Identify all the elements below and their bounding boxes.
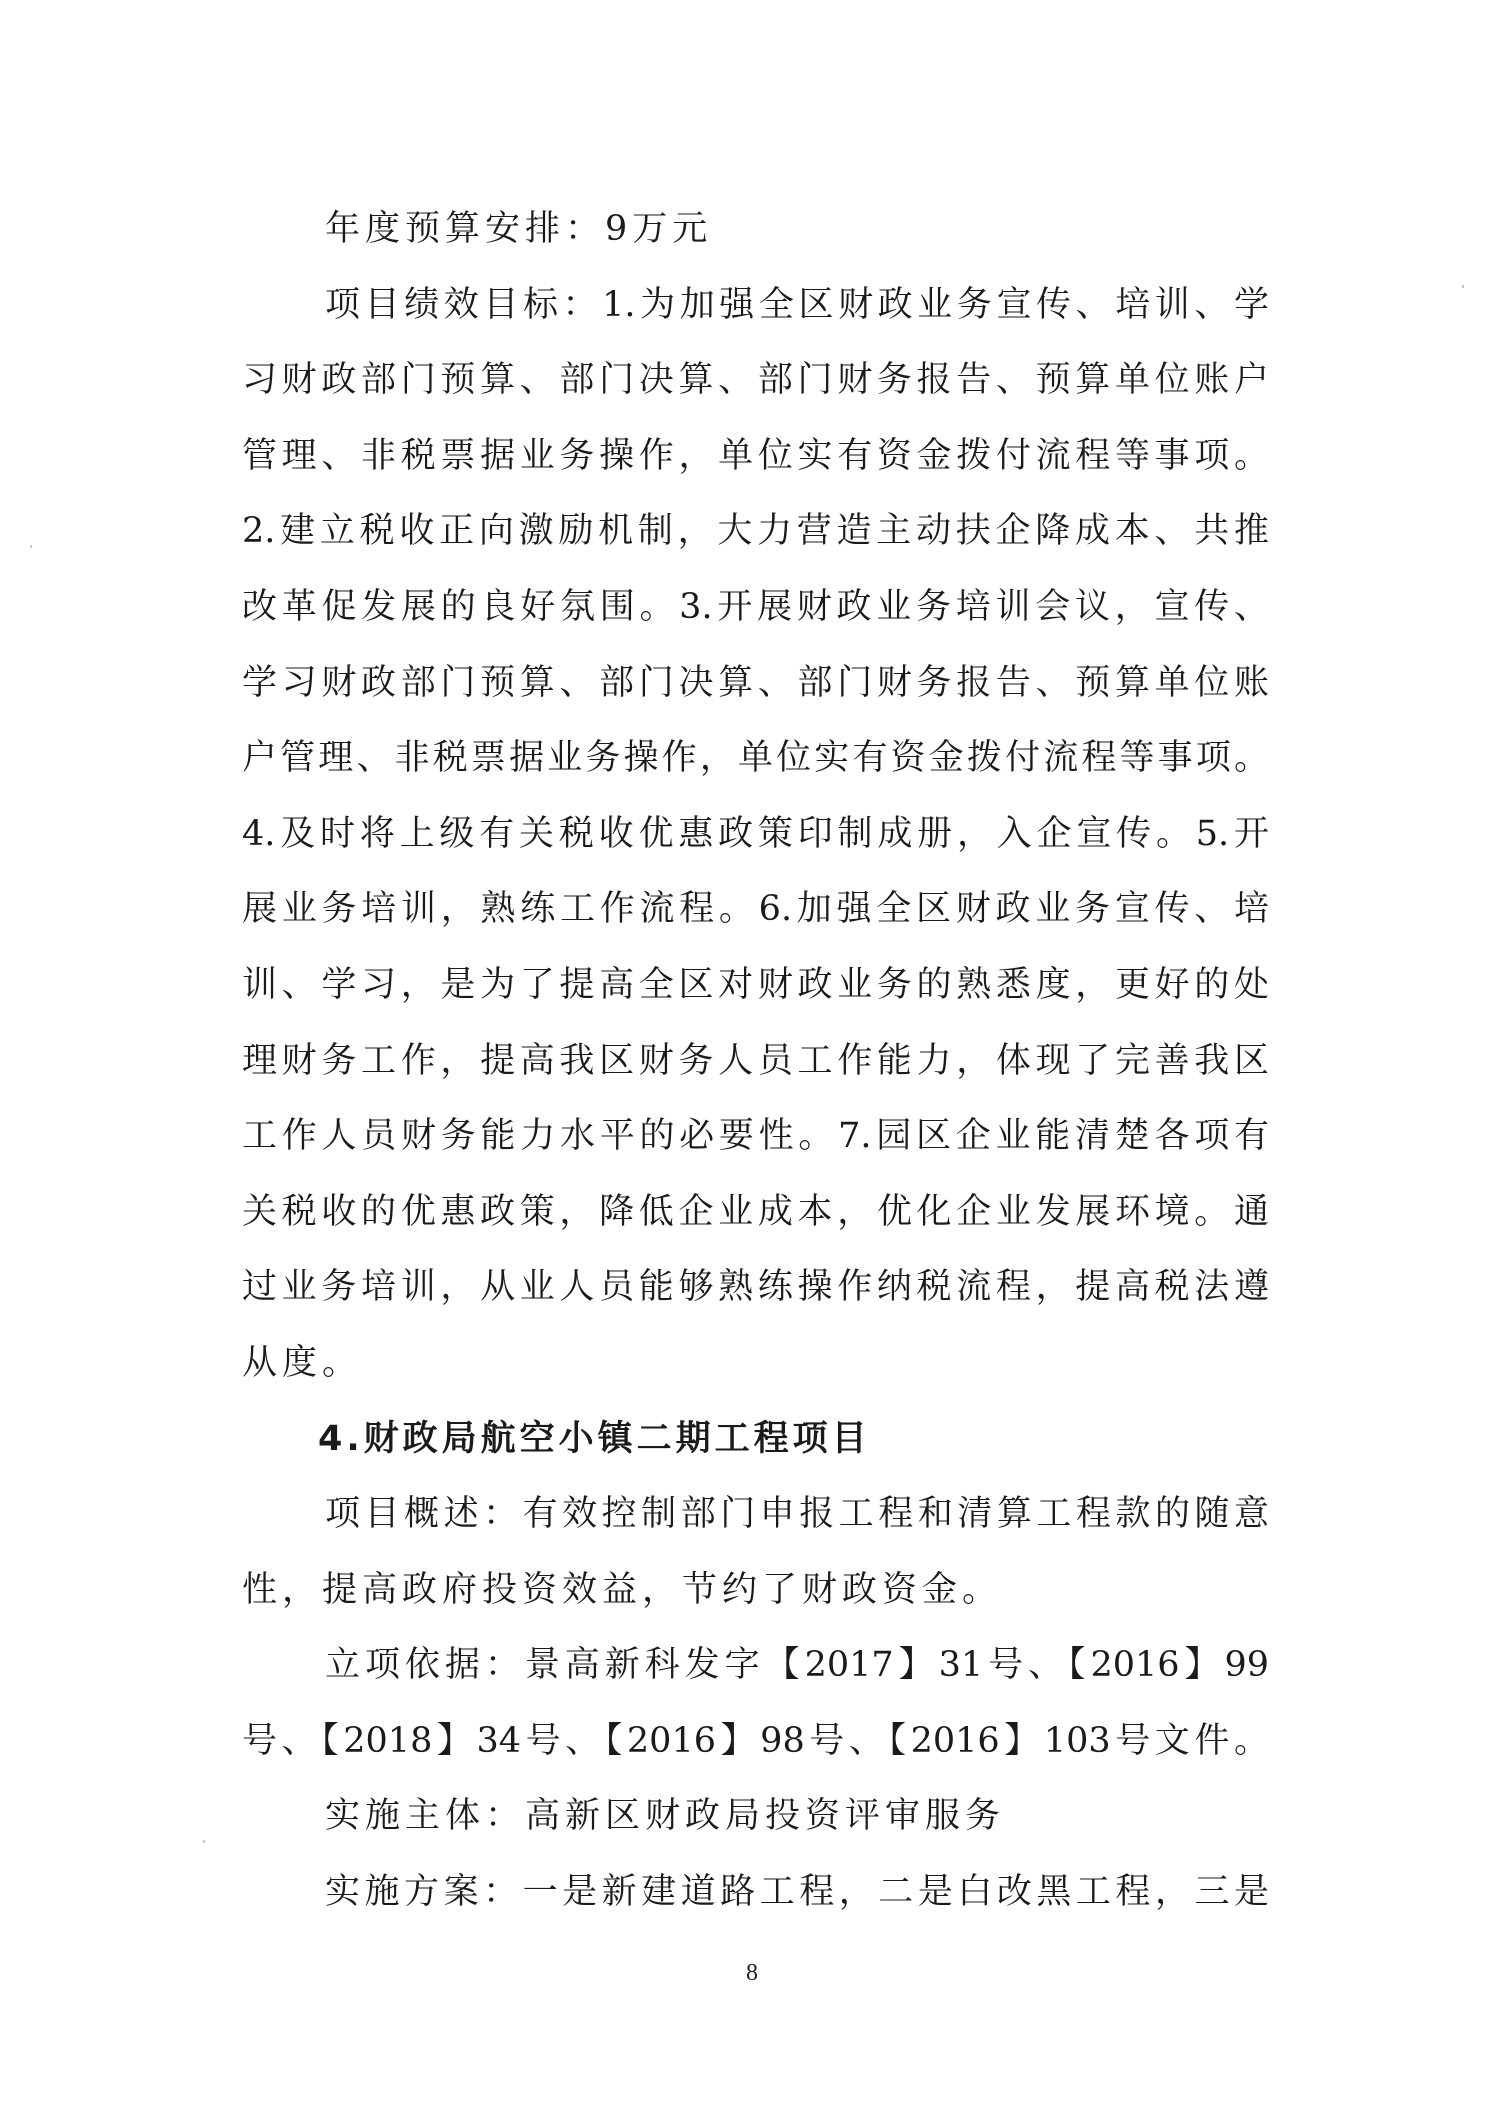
paragraph-line: 2.建立税收正向激励机制，大力营造主动扶企降成本、共推 (242, 494, 1269, 570)
section-heading: 4.财政局航空小镇二期工程项目 (242, 1402, 1269, 1478)
paragraph-line: 训、学习，是为了提高全区对财政业务的熟悉度，更好的处 (242, 948, 1269, 1024)
page-number: 8 (742, 1960, 762, 1987)
paragraph-line: 改革促发展的良好氛围。3.开展财政业务培训会议，宣传、 (242, 570, 1269, 646)
implementing-body-line: 实施主体：高新区财政局投资评审服务 (242, 1779, 1269, 1855)
annual-budget-line: 年度预算安排：9万元 (242, 192, 1269, 268)
document-page: 年度预算安排：9万元 项目绩效目标：1.为加强全区财政业务宣传、培训、学 习财政… (0, 0, 1487, 2102)
scan-speck (203, 1840, 205, 1843)
paragraph-line: 户管理、非税票据业务操作，单位实有资金拨付流程等事项。 (242, 721, 1269, 797)
scan-speck (1462, 285, 1464, 288)
paragraph-line: 性，提高政府投资效益，节约了财政资金。 (242, 1553, 1269, 1629)
paragraph-line: 从度。 (242, 1326, 1269, 1402)
paragraph-line: 理财务工作，提高我区财务人员工作能力，体现了完善我区 (242, 1024, 1269, 1100)
paragraph-line: 学习财政部门预算、部门决算、部门财务报告、预算单位账 (242, 646, 1269, 722)
paragraph-line: 号、【2018】34号、【2016】98号、【2016】103号文件。 (242, 1704, 1269, 1780)
paragraph-line: 习财政部门预算、部门决算、部门财务报告、预算单位账户 (242, 343, 1269, 419)
performance-goal-line: 项目绩效目标：1.为加强全区财政业务宣传、培训、学 (242, 268, 1269, 344)
paragraph-line: 过业务培训，从业人员能够熟练操作纳税流程，提高税法遵 (242, 1250, 1269, 1326)
project-basis-line: 立项依据：景高新科发字【2017】31号、【2016】99 (242, 1628, 1269, 1704)
paragraph-line: 工作人员财务能力水平的必要性。7.园区企业能清楚各项有 (242, 1099, 1269, 1175)
scan-speck (30, 545, 32, 548)
project-overview-line: 项目概述：有效控制部门申报工程和清算工程款的随意 (242, 1477, 1269, 1553)
paragraph-line: 管理、非税票据业务操作，单位实有资金拨付流程等事项。 (242, 419, 1269, 495)
body-text: 年度预算安排：9万元 项目绩效目标：1.为加强全区财政业务宣传、培训、学 习财政… (242, 192, 1269, 1931)
implementation-plan-line: 实施方案：一是新建道路工程，二是白改黑工程，三是 (242, 1855, 1269, 1931)
paragraph-line: 展业务培训，熟练工作流程。6.加强全区财政业务宣传、培 (242, 872, 1269, 948)
paragraph-line: 关税收的优惠政策，降低企业成本，优化企业发展环境。通 (242, 1175, 1269, 1251)
paragraph-line: 4.及时将上级有关税收优惠政策印制成册，入企宣传。5.开 (242, 797, 1269, 873)
